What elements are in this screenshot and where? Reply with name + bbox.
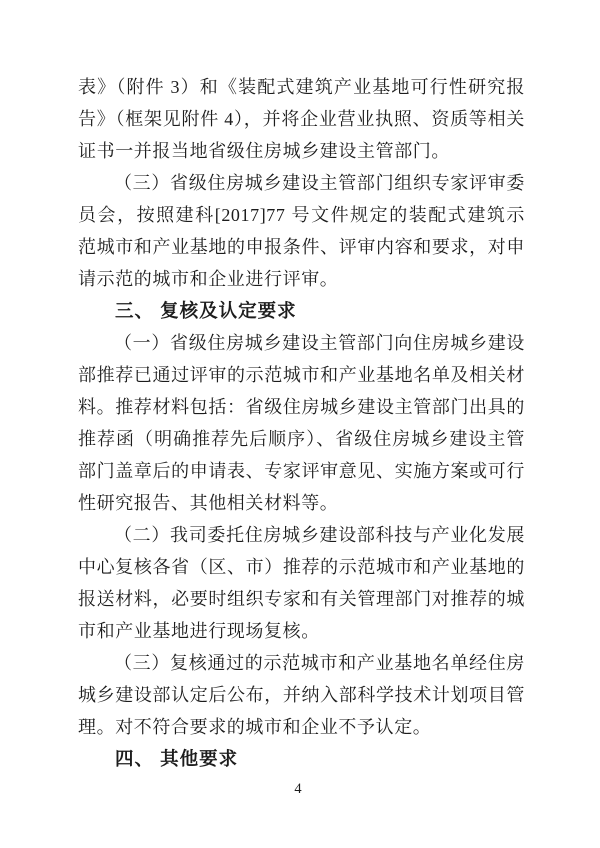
- document-body: 表》（附件 3）和《装配式建筑产业基地可行性研究报告》（框架见附件 4），并将企…: [78, 71, 525, 775]
- page-number: 4: [0, 781, 596, 797]
- body-paragraph: （一）省级住房城乡建设主管部门向住房城乡建设部推荐已通过评审的示范城市和产业基地…: [78, 327, 525, 519]
- section-heading: 四、 其他要求: [78, 743, 525, 775]
- body-paragraph: 表》（附件 3）和《装配式建筑产业基地可行性研究报告》（框架见附件 4），并将企…: [78, 71, 525, 167]
- body-paragraph: （二）我司委托住房城乡建设部科技与产业化发展中心复核各省（区、市）推荐的示范城市…: [78, 519, 525, 647]
- body-paragraph: （三）省级住房城乡建设主管部门组织专家评审委员会，按照建科[2017]77 号文…: [78, 167, 525, 295]
- document-page: 表》（附件 3）和《装配式建筑产业基地可行性研究报告》（框架见附件 4），并将企…: [0, 0, 600, 848]
- section-heading: 三、 复核及认定要求: [78, 295, 525, 327]
- body-paragraph: （三）复核通过的示范城市和产业基地名单经住房城乡建设部认定后公布，并纳入部科学技…: [78, 647, 525, 743]
